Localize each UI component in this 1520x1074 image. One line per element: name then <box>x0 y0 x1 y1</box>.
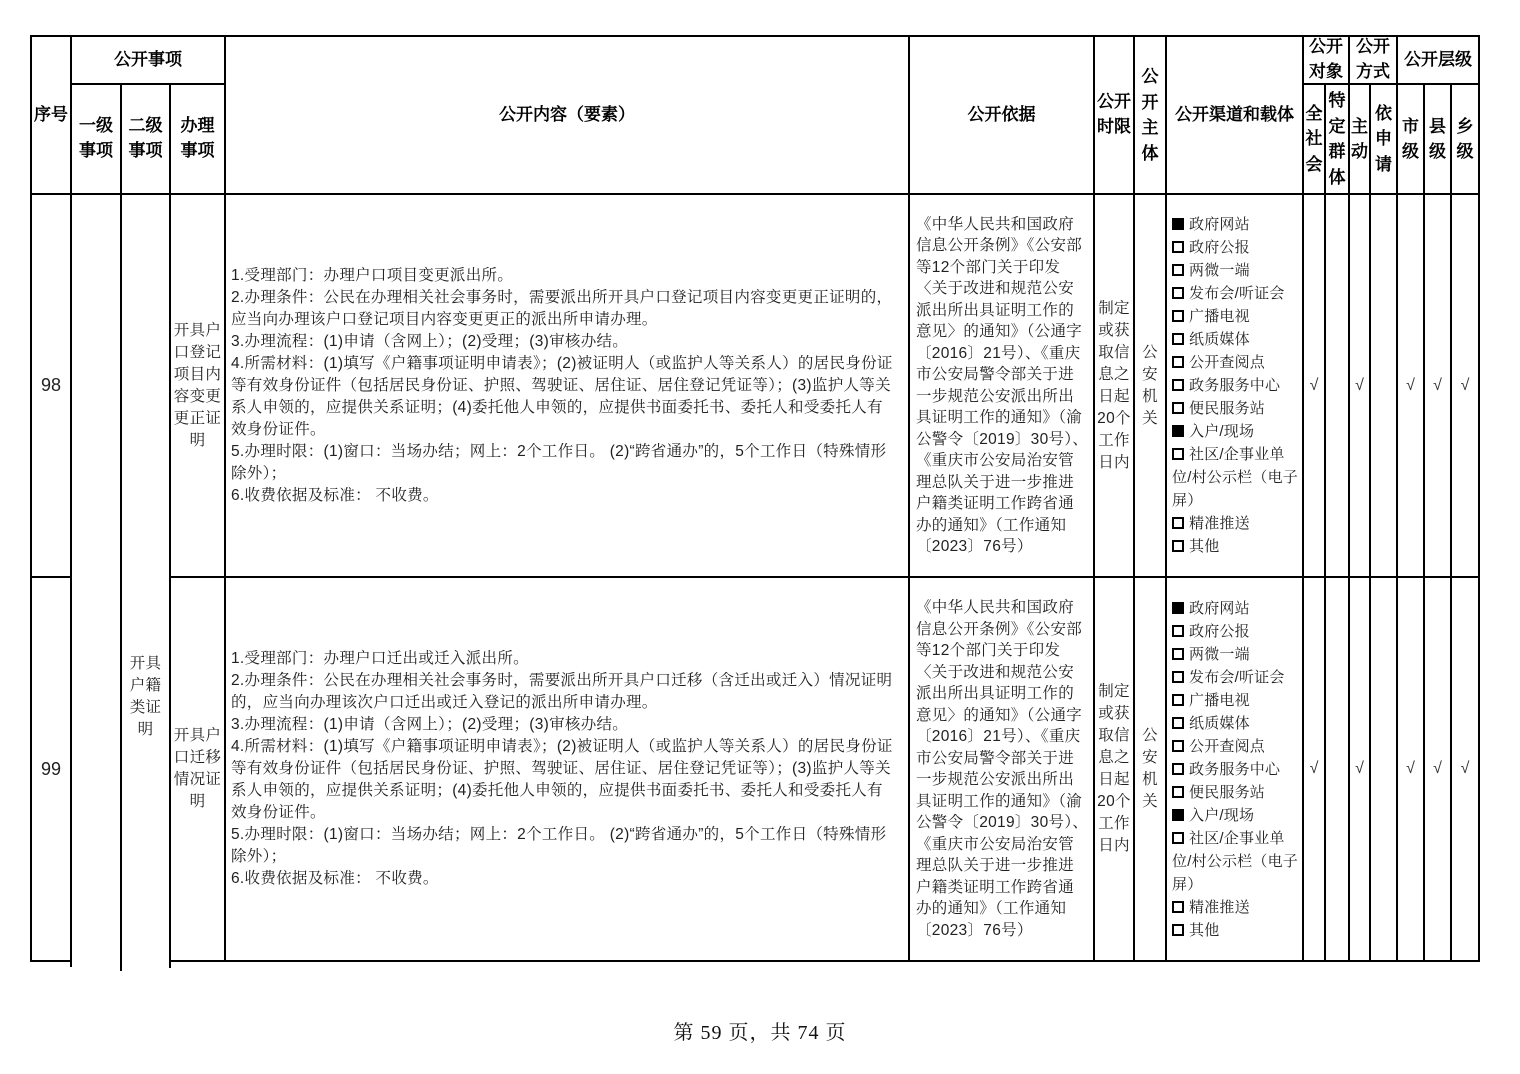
channel-item: 便民服务站 <box>1172 781 1300 804</box>
check-mark: √ <box>1461 760 1470 778</box>
channel-item: 政府公报 <box>1172 620 1300 643</box>
content-text: 1.受理部门：办理户口迁出或迁入派出所。 2.办理条件：公民在办理相关社会事务时… <box>226 648 908 890</box>
table-rule-stub <box>70 962 72 967</box>
col-header-level-city-label: 市级 <box>1401 114 1419 165</box>
time-limit-text: 制定 或获 取信 息之 日起 20个 工作 日内 <box>1097 681 1131 857</box>
channel-label: 便民服务站 <box>1189 784 1265 801</box>
channel-item: 两微一端 <box>1172 259 1300 282</box>
checkbox-icon <box>1172 602 1184 614</box>
handling-item-cell: 开具户口迁移情况证明 <box>171 578 226 962</box>
channel-list: 政府网站 政府公报 两微一端 发布会/听证会 广播电视 纸质媒体 公开查阅点 政… <box>1167 597 1302 942</box>
channel-label: 发布会/听证会 <box>1189 669 1285 686</box>
channel-item: 精准推送 <box>1172 512 1300 535</box>
check-mark: √ <box>1433 377 1442 395</box>
col-header-channels: 公开渠道和载体 <box>1167 37 1304 195</box>
channel-label: 两微一端 <box>1189 262 1250 279</box>
checkbox-icon <box>1172 694 1184 706</box>
col-header-channels-label: 公开渠道和载体 <box>1175 104 1294 127</box>
checkbox-icon <box>1172 218 1184 230</box>
checkbox-icon <box>1172 625 1184 637</box>
first-level-merged-cell <box>72 195 122 962</box>
channel-label: 入户/现场 <box>1189 807 1254 824</box>
col-header-method-request: 依申请 <box>1371 85 1398 195</box>
check-cell-method-active: √ <box>1350 195 1371 578</box>
col-group-method: 公开方式 <box>1350 37 1398 85</box>
check-mark: √ <box>1433 760 1442 778</box>
channel-item: 政府网站 <box>1172 597 1300 620</box>
checkbox-icon <box>1172 425 1184 437</box>
col-group-public-items-label: 公开事项 <box>114 49 182 72</box>
col-header-method-active: 主动 <box>1350 85 1371 195</box>
col-header-time-limit-label: 公开时限 <box>1095 90 1132 139</box>
time-limit-cell: 制定 或获 取信 息之 日起 20个 工作 日内 <box>1095 195 1135 578</box>
checkbox-icon <box>1172 832 1184 844</box>
col-header-level-county-label: 县级 <box>1428 114 1446 165</box>
col-header-basis: 公开依据 <box>910 37 1095 195</box>
channel-item: 发布会/听证会 <box>1172 666 1300 689</box>
col-header-method-active-label: 主动 <box>1350 114 1368 165</box>
channel-item: 社区/企事业单位/村公示栏（电子屏） <box>1172 827 1300 896</box>
channel-label: 纸质媒体 <box>1189 331 1250 348</box>
channel-item: 广播电视 <box>1172 305 1300 328</box>
col-header-first-level-label: 一级事项 <box>77 114 114 163</box>
document-page: 序号 公开事项 一级事项 二级事项 办理事项 公开内容（要素） 公开依据 公开时… <box>0 0 1520 1074</box>
col-header-handling-item-label: 办理事项 <box>179 114 216 163</box>
channel-item: 纸质媒体 <box>1172 328 1300 351</box>
checkbox-icon <box>1172 287 1184 299</box>
channels-cell: 政府网站 政府公报 两微一端 发布会/听证会 广播电视 纸质媒体 公开查阅点 政… <box>1167 195 1304 578</box>
channel-label: 公开查阅点 <box>1189 738 1265 755</box>
handling-item-value: 开具户口迁移情况证明 <box>173 725 223 813</box>
check-cell-method-request <box>1371 578 1398 962</box>
handling-item-value: 开具户口登记项目内容变更更正证明 <box>173 320 223 452</box>
checkbox-icon <box>1172 924 1184 936</box>
checkbox-icon <box>1172 901 1184 913</box>
check-cell-level-town: √ <box>1452 578 1480 962</box>
disclosure-table: 序号 公开事项 一级事项 二级事项 办理事项 公开内容（要素） 公开依据 公开时… <box>30 35 1480 962</box>
content-cell: 1.受理部门：办理户口项目变更派出所。 2.办理条件：公民在办理相关社会事务时，… <box>226 195 910 578</box>
channel-label: 社区/企事业单位/村公示栏（电子屏） <box>1172 830 1298 893</box>
channel-label: 政府公报 <box>1189 623 1250 640</box>
page-footer: 第 59 页，共 74 页 <box>0 1016 1520 1045</box>
check-cell-level-county: √ <box>1425 578 1452 962</box>
col-header-first-level: 一级事项 <box>72 85 122 195</box>
check-mark: √ <box>1355 760 1364 778</box>
channel-item: 便民服务站 <box>1172 397 1300 420</box>
check-cell-method-active: √ <box>1350 578 1371 962</box>
checkbox-icon <box>1172 671 1184 683</box>
channel-label: 精准推送 <box>1189 899 1250 916</box>
col-header-handling-item: 办理事项 <box>171 85 226 195</box>
check-cell-level-town: √ <box>1452 195 1480 578</box>
col-header-level-county: 县级 <box>1425 85 1452 195</box>
channel-label: 其他 <box>1189 538 1219 555</box>
channel-item: 政府公报 <box>1172 236 1300 259</box>
channel-item: 政府网站 <box>1172 213 1300 236</box>
col-group-level: 公开层级 <box>1398 37 1480 85</box>
check-cell-level-county: √ <box>1425 195 1452 578</box>
checkbox-icon <box>1172 786 1184 798</box>
channel-label: 公开查阅点 <box>1189 354 1265 371</box>
channels-cell: 政府网站 政府公报 两微一端 发布会/听证会 广播电视 纸质媒体 公开查阅点 政… <box>1167 578 1304 962</box>
subject-cell: 公 安 机 关 <box>1135 195 1167 578</box>
check-cell-target-specific <box>1326 195 1350 578</box>
subject-text: 公 安 机 关 <box>1142 342 1158 430</box>
check-mark: √ <box>1461 377 1470 395</box>
checkbox-icon <box>1172 740 1184 752</box>
checkbox-icon <box>1172 517 1184 529</box>
channel-label: 政务服务中心 <box>1189 377 1280 394</box>
channel-label: 入户/现场 <box>1189 423 1254 440</box>
channel-item: 广播电视 <box>1172 689 1300 712</box>
channel-item: 入户/现场 <box>1172 420 1300 443</box>
checkbox-icon <box>1172 540 1184 552</box>
content-cell: 1.受理部门：办理户口迁出或迁入派出所。 2.办理条件：公民在办理相关社会事务时… <box>226 578 910 962</box>
check-mark: √ <box>1310 377 1319 395</box>
time-limit-cell: 制定 或获 取信 息之 日起 20个 工作 日内 <box>1095 578 1135 962</box>
check-cell-target-all: √ <box>1304 195 1326 578</box>
second-level-merged-cell: 开具户籍类证明 <box>122 195 171 962</box>
row-serial-cell: 99 <box>32 578 72 962</box>
col-header-level-town: 乡级 <box>1452 85 1480 195</box>
time-limit-text: 制定 或获 取信 息之 日起 20个 工作 日内 <box>1097 298 1131 474</box>
check-cell-target-specific <box>1326 578 1350 962</box>
col-header-subject: 公开主体 <box>1135 37 1167 195</box>
content-text: 1.受理部门：办理户口项目变更派出所。 2.办理条件：公民在办理相关社会事务时，… <box>226 265 908 507</box>
channel-label: 发布会/听证会 <box>1189 285 1285 302</box>
channel-label: 政务服务中心 <box>1189 761 1280 778</box>
col-header-serial-label: 序号 <box>34 104 68 127</box>
checkbox-icon <box>1172 648 1184 660</box>
col-header-target-specific-label: 特定群体 <box>1328 88 1346 190</box>
table-rule-stub <box>169 962 171 968</box>
handling-item-cell: 开具户口登记项目内容变更更正证明 <box>171 195 226 578</box>
checkbox-icon <box>1172 402 1184 414</box>
channel-label: 纸质媒体 <box>1189 715 1250 732</box>
checkbox-icon <box>1172 310 1184 322</box>
col-header-basis-label: 公开依据 <box>968 104 1036 127</box>
channel-item: 公开查阅点 <box>1172 735 1300 758</box>
channel-item: 发布会/听证会 <box>1172 282 1300 305</box>
page-number-text: 第 59 页，共 74 页 <box>674 1022 847 1044</box>
col-group-level-label: 公开层级 <box>1404 49 1472 72</box>
subject-text: 公 安 机 关 <box>1142 725 1158 813</box>
channel-label: 其他 <box>1189 922 1219 939</box>
col-header-content: 公开内容（要素） <box>226 37 910 195</box>
basis-cell: 《中华人民共和国政府信息公开条例》《公安部等12个部门关于印发〈关于改进和规范公… <box>910 195 1095 578</box>
col-header-target-specific: 特定群体 <box>1326 85 1350 195</box>
basis-cell: 《中华人民共和国政府信息公开条例》《公安部等12个部门关于印发〈关于改进和规范公… <box>910 578 1095 962</box>
col-header-second-level: 二级事项 <box>122 85 171 195</box>
channel-label: 政府公报 <box>1189 239 1250 256</box>
col-group-target: 公开对象 <box>1304 37 1350 85</box>
channel-item: 精准推送 <box>1172 896 1300 919</box>
col-header-level-town-label: 乡级 <box>1456 114 1474 165</box>
col-header-target-all: 全社会 <box>1304 85 1326 195</box>
channel-label: 广播电视 <box>1189 692 1250 709</box>
checkbox-icon <box>1172 356 1184 368</box>
channel-item: 政务服务中心 <box>1172 758 1300 781</box>
channel-item: 社区/企事业单位/村公示栏（电子屏） <box>1172 443 1300 512</box>
table-rule-stub <box>120 962 122 971</box>
row-serial-value: 99 <box>41 759 61 780</box>
channel-item: 其他 <box>1172 919 1300 942</box>
col-group-public-items: 公开事项 <box>72 37 226 85</box>
channel-item: 两微一端 <box>1172 643 1300 666</box>
channel-label: 便民服务站 <box>1189 400 1265 417</box>
basis-text: 《中华人民共和国政府信息公开条例》《公安部等12个部门关于印发〈关于改进和规范公… <box>910 597 1093 941</box>
basis-text: 《中华人民共和国政府信息公开条例》《公安部等12个部门关于印发〈关于改进和规范公… <box>910 214 1093 558</box>
col-group-method-label: 公开方式 <box>1354 37 1391 85</box>
checkbox-icon <box>1172 379 1184 391</box>
channel-label: 广播电视 <box>1189 308 1250 325</box>
channel-label: 政府网站 <box>1189 600 1250 617</box>
channel-label: 社区/企事业单位/村公示栏（电子屏） <box>1172 446 1298 509</box>
col-header-method-request-label: 依申请 <box>1374 101 1392 178</box>
checkbox-icon <box>1172 264 1184 276</box>
col-group-target-label: 公开对象 <box>1307 37 1344 85</box>
check-cell-level-city: √ <box>1398 195 1425 578</box>
channel-item: 其他 <box>1172 535 1300 558</box>
col-header-second-level-label: 二级事项 <box>127 114 164 163</box>
check-cell-target-all: √ <box>1304 578 1326 962</box>
channel-item: 政务服务中心 <box>1172 374 1300 397</box>
subject-cell: 公 安 机 关 <box>1135 578 1167 962</box>
check-cell-method-request <box>1371 195 1398 578</box>
check-mark: √ <box>1406 760 1415 778</box>
check-mark: √ <box>1310 760 1319 778</box>
row-serial-cell: 98 <box>32 195 72 578</box>
channel-list: 政府网站 政府公报 两微一端 发布会/听证会 广播电视 纸质媒体 公开查阅点 政… <box>1167 213 1302 558</box>
channel-label: 精准推送 <box>1189 515 1250 532</box>
check-mark: √ <box>1406 377 1415 395</box>
col-header-level-city: 市级 <box>1398 85 1425 195</box>
checkbox-icon <box>1172 333 1184 345</box>
check-mark: √ <box>1355 377 1364 395</box>
channel-item: 入户/现场 <box>1172 804 1300 827</box>
col-header-serial: 序号 <box>32 37 72 195</box>
checkbox-icon <box>1172 241 1184 253</box>
channel-label: 两微一端 <box>1189 646 1250 663</box>
channel-item: 公开查阅点 <box>1172 351 1300 374</box>
checkbox-icon <box>1172 448 1184 460</box>
checkbox-icon <box>1172 763 1184 775</box>
channel-label: 政府网站 <box>1189 216 1250 233</box>
col-header-content-label: 公开内容（要素） <box>499 104 635 127</box>
col-header-target-all-label: 全社会 <box>1305 101 1323 178</box>
second-level-value: 开具户籍类证明 <box>129 195 162 741</box>
col-header-time-limit: 公开时限 <box>1095 37 1135 195</box>
col-header-subject-label: 公开主体 <box>1141 64 1159 166</box>
check-cell-level-city: √ <box>1398 578 1425 962</box>
checkbox-icon <box>1172 717 1184 729</box>
checkbox-icon <box>1172 809 1184 821</box>
row-serial-value: 98 <box>41 375 61 396</box>
channel-item: 纸质媒体 <box>1172 712 1300 735</box>
